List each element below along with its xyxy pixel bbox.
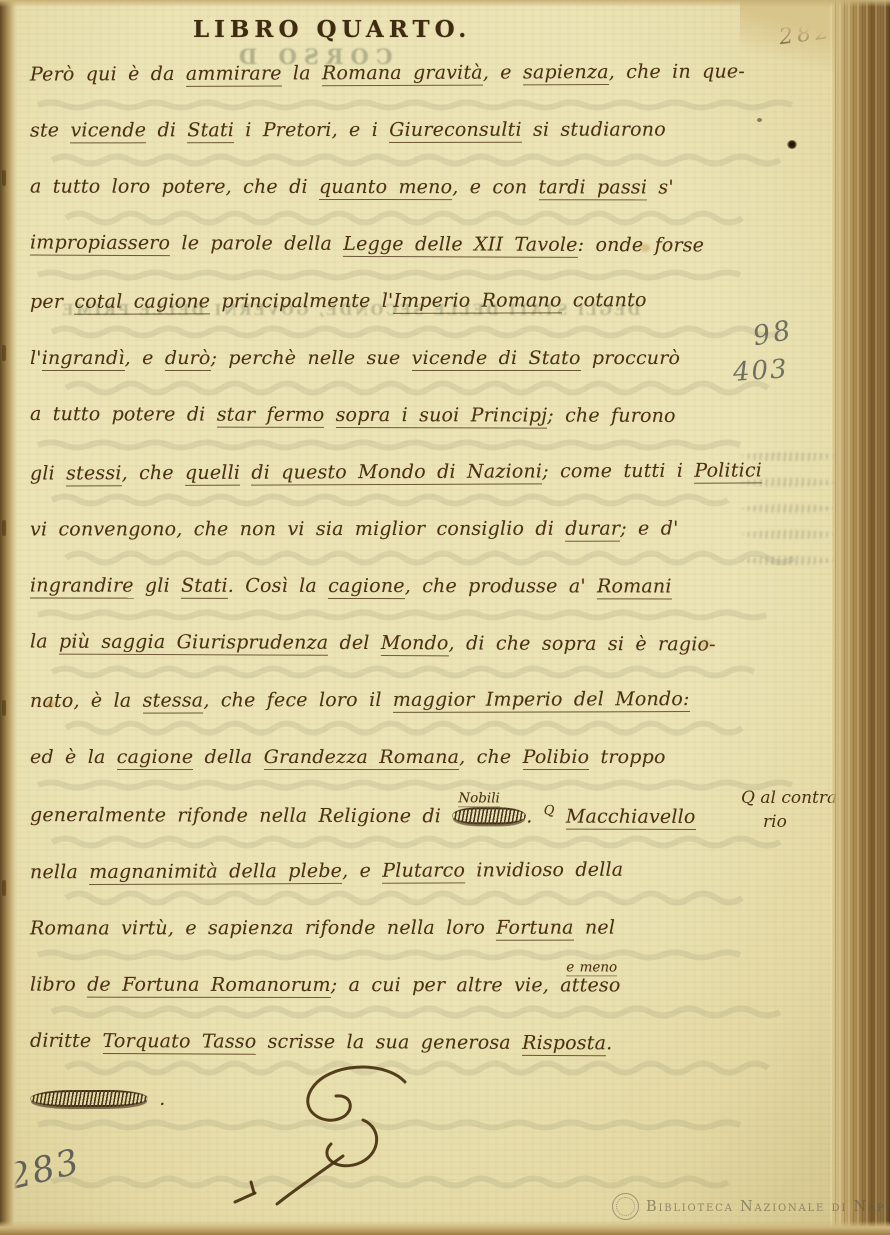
manuscript-words: Stati <box>187 119 234 143</box>
manuscript-words: Stati <box>181 575 228 599</box>
manuscript-words: proccurò <box>581 347 681 369</box>
manuscript-words <box>555 806 566 828</box>
library-watermark-text: Biblioteca Nazionale di Napoli <box>646 1199 890 1215</box>
manuscript-words: ingrandì <box>42 347 125 371</box>
manuscript-words: vicende <box>70 119 146 143</box>
manuscript-words: ; come tutti i <box>542 460 694 483</box>
manuscript-words: , e <box>342 860 382 882</box>
manuscript-line: impropiassero le parole della Legge dell… <box>30 232 704 257</box>
manuscript-words: impropiassero <box>30 232 170 257</box>
manuscript-line: per cotal cagione principalmente l'Imper… <box>30 289 647 313</box>
manuscript-words: sapienza <box>523 61 609 85</box>
manuscript-words: ammirare <box>186 62 282 86</box>
insertion-wrap: Nobili <box>452 805 526 827</box>
ink-blot <box>787 140 797 149</box>
manuscript-words: Q <box>544 804 555 819</box>
manuscript-line: ingrandire gli Stati. Così la cagione, c… <box>30 575 672 598</box>
manuscript-line: l'ingrandì, e durò; perchè nelle sue vic… <box>30 347 680 369</box>
manuscript-words: ; perchè nelle sue <box>211 347 412 369</box>
book-page-edges-right <box>830 0 890 1235</box>
manuscript-words: di <box>146 119 187 141</box>
manuscript-words: tardi passi <box>539 176 648 200</box>
chapter-heading: LIBRO QUARTO. <box>193 16 471 43</box>
manuscript-words: a tutto potere di <box>30 403 217 426</box>
page-edge-top <box>0 0 890 7</box>
manuscript-line: generalmente rifonde nella Religione di … <box>30 802 696 828</box>
manuscript-words: principalmente l' <box>210 290 393 313</box>
manuscript-words: i Pretori, e i <box>234 119 389 141</box>
manuscript-words: cotal cagione <box>74 290 210 314</box>
manuscript-words: , che produsse a' <box>405 575 597 597</box>
manuscript-words <box>324 404 335 426</box>
manuscript-words: , e <box>125 347 165 369</box>
manuscript-words: cotanto <box>562 289 647 311</box>
manuscript-words: nella <box>30 861 89 883</box>
manuscript-words: durar <box>565 518 620 542</box>
manuscript-words: gli <box>134 575 181 597</box>
faint-pencil-note <box>742 452 834 582</box>
manuscript-words: Mondo <box>381 632 449 656</box>
manuscript-words <box>240 462 251 484</box>
manuscript-line: a tutto loro potere, che di quanto meno,… <box>30 176 674 199</box>
manuscript-words: di questo Mondo di Nazioni <box>251 460 542 485</box>
manuscript-line: vi convengono, che non vi sia miglior co… <box>30 518 679 541</box>
manuscript-words: ste <box>30 119 71 141</box>
manuscript-page-scan: CORSO D DEGLI STATI DELLE SECONDE, GOVER… <box>0 0 890 1235</box>
manuscript-words: , e <box>483 61 523 83</box>
manuscript-words: Legge delle XII Tavole <box>343 233 577 258</box>
manuscript-words: , che in que- <box>609 60 745 83</box>
manuscript-line: diritte Torquato Tasso scrisse la sua ge… <box>30 1030 612 1055</box>
manuscript-words: Torquato Tasso <box>103 1030 257 1055</box>
manuscript-line: ste vicende di Stati i Pretori, e i Giur… <box>30 119 666 142</box>
manuscript-words: Romana virtù, e sapienza rifonde nella l… <box>30 917 496 940</box>
manuscript-words: magnanimità della plebe <box>89 860 342 885</box>
manuscript-words: de Fortuna Romanorum <box>87 974 331 998</box>
manuscript-words: del <box>328 632 381 654</box>
manuscript-words: a tutto loro potere, che di <box>30 176 319 198</box>
manuscript-words: , che fece loro il <box>203 689 393 712</box>
manuscript-words: s' <box>647 176 674 198</box>
manuscript-words: ; a cui per altre vie, <box>331 974 561 996</box>
manuscript-words: le parole della <box>170 232 343 255</box>
manuscript-words: ed è la <box>30 746 117 768</box>
manuscript-words: . <box>526 805 544 827</box>
manuscript-words: Romani <box>597 575 672 599</box>
manuscript-words: stessa <box>143 689 204 713</box>
manuscript-words: quanto meno <box>319 176 452 200</box>
manuscript-words: . <box>606 1032 612 1054</box>
manuscript-words: cagione <box>117 746 194 770</box>
foxing-stain <box>46 700 55 708</box>
manuscript-words: diritte <box>30 1030 103 1052</box>
manuscript-words: , di che sopra si è ragio- <box>449 632 716 655</box>
manuscript-words: maggior Imperio del Mondo: <box>393 688 690 713</box>
manuscript-words: Romana gravità <box>322 62 483 87</box>
foxing-stain <box>640 244 650 252</box>
manuscript-words: la <box>282 62 322 84</box>
binding-stitch <box>2 880 6 896</box>
manuscript-words: ; che furono <box>547 405 676 427</box>
pencil-number-lower: 403 <box>732 354 790 388</box>
manuscript-words: Giureconsulti <box>389 119 522 143</box>
margin-note-al-contrario: Q al contra- rio <box>741 786 843 834</box>
manuscript-words: vi convengono, che non vi sia miglior co… <box>30 518 565 541</box>
manuscript-words: l' <box>30 347 42 369</box>
manuscript-words: , che <box>122 462 186 484</box>
manuscript-words: Plutarco <box>382 859 465 883</box>
manuscript-words: Fortuna <box>496 917 574 941</box>
foxing-stain <box>700 640 712 649</box>
manuscript-words: . Così la <box>228 575 328 597</box>
binding-stitch <box>2 700 6 716</box>
manuscript-words: più saggia Giurisprudenza <box>59 631 328 656</box>
manuscript-words: Polibio <box>523 746 590 770</box>
struck-out-word <box>30 1090 148 1107</box>
manuscript-line: la più saggia Giurisprudenza del Mondo, … <box>30 631 716 656</box>
manuscript-words: . <box>148 1088 166 1110</box>
manuscript-words: troppo <box>589 746 665 768</box>
binding-stitch <box>2 345 6 361</box>
interlinear-insertion: Nobili <box>458 790 500 807</box>
manuscript-line: a tutto potere di star fermo sopra i suo… <box>30 403 676 427</box>
manuscript-words: generalmente rifonde nella Religione di <box>30 804 452 827</box>
manuscript-line: Romana virtù, e sapienza rifonde nella l… <box>30 917 615 940</box>
manuscript-line: nato, è la stessa, che fece loro il magg… <box>30 688 690 712</box>
manuscript-words: invidioso della <box>465 859 623 882</box>
pencil-number-upper: 98 <box>751 315 796 353</box>
manuscript-line: nella magnanimità della plebe, e Plutarc… <box>30 859 623 884</box>
manuscript-words: atteso <box>560 974 620 996</box>
manuscript-words: gli <box>30 462 66 484</box>
manuscript-words: nel <box>574 917 615 939</box>
binding-stitch <box>2 520 6 536</box>
interlinear-insertion: e meno <box>566 959 617 976</box>
manuscript-words: Grandezza Romana <box>264 746 459 770</box>
manuscript-words: scrisse la sua generosa <box>256 1031 522 1054</box>
manuscript-line: . <box>30 1088 166 1110</box>
manuscript-line: libro de Fortuna Romanorum; a cui per al… <box>30 974 621 997</box>
manuscript-words: cagione <box>328 575 405 599</box>
manuscript-words: , e con <box>452 176 538 198</box>
margin-note-line1: Q al contra- <box>741 786 843 810</box>
ink-speck <box>757 118 762 122</box>
manuscript-words: Imperio Romano <box>393 289 561 313</box>
page-edge-bottom <box>0 1221 890 1235</box>
manuscript-words: libro <box>30 974 87 996</box>
manuscript-line: gli stessi, che quelli di questo Mondo d… <box>30 459 762 484</box>
manuscript-words: , che <box>459 746 522 768</box>
insertion-wrap: e menoatteso <box>560 974 620 996</box>
manuscript-words: Risposta <box>522 1032 606 1056</box>
manuscript-words: si studiarono <box>522 119 666 141</box>
manuscript-words: della <box>193 746 263 768</box>
manuscript-words: quelli <box>185 462 240 486</box>
manuscript-words: vicende di Stato <box>412 347 581 371</box>
manuscript-words: stessi <box>66 462 122 486</box>
manuscript-line: ed è la cagione della Grandezza Romana, … <box>30 746 666 768</box>
manuscript-words: sopra i suoi Principj <box>336 404 548 429</box>
manuscript-line: Però qui è da ammirare la Romana gravità… <box>30 60 745 85</box>
library-watermark: Biblioteca Nazionale di Napoli <box>612 1193 890 1220</box>
manuscript-words: Però qui è da <box>30 63 186 86</box>
manuscript-words: Macchiavello <box>566 806 696 830</box>
binding-stitch <box>2 170 6 186</box>
manuscript-words: ingrandire <box>30 575 134 599</box>
manuscript-words: la <box>30 631 59 653</box>
manuscript-words: per <box>30 291 74 313</box>
manuscript-words: ; e d' <box>620 518 678 540</box>
flourish-paraph <box>205 1058 445 1213</box>
manuscript-words: durò <box>165 347 211 371</box>
manuscript-words: star fermo <box>217 404 325 428</box>
struck-out-word <box>452 807 526 824</box>
library-seal-icon <box>612 1193 639 1220</box>
